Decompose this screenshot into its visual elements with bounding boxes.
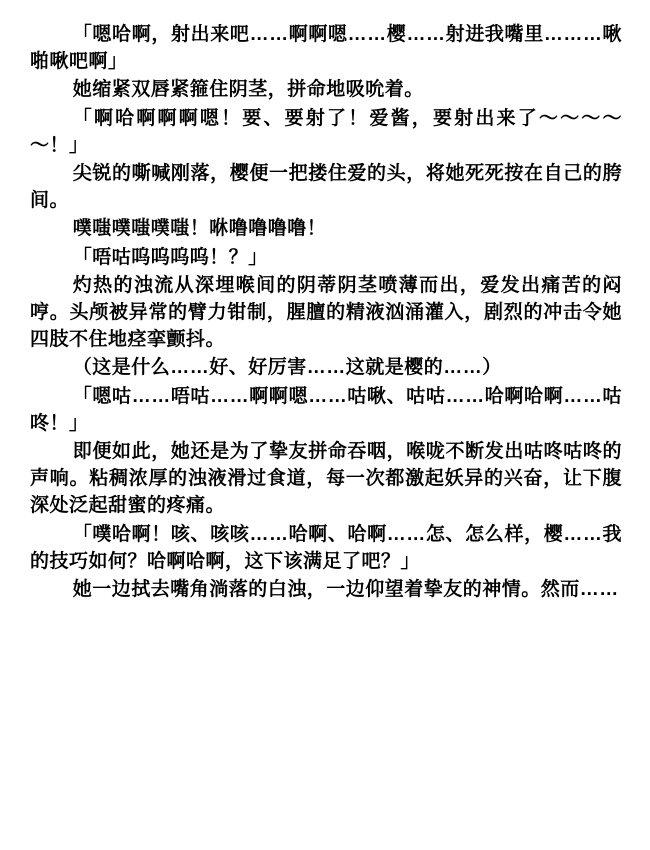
paragraph: 「噗哈啊！咳、咳咳……哈啊、哈啊……怎、怎么样，樱……我的技巧如何？哈啊哈啊，这… xyxy=(30,521,622,575)
paragraph: 灼热的浊流从深埋喉间的阴蒂阴茎喷薄而出，爱发出痛苦的闷哼。头颅被异常的臂力钳制，… xyxy=(30,272,622,354)
paragraph: 她缩紧双唇紧箍住阴茎，拼命地吸吮着。 xyxy=(30,76,622,103)
document-page: 「嗯哈啊，射出来吧……啊啊嗯……樱……射进我嘴里………啾啪啾吧啊」 她缩紧双唇紧… xyxy=(0,0,650,850)
paragraph: （这是什么……好、好厉害……这就是樱的……） xyxy=(30,354,622,381)
text-content: 「嗯哈啊，射出来吧……啊啊嗯……樱……射进我嘴里………啾啪啾吧啊」 她缩紧双唇紧… xyxy=(30,21,622,604)
paragraph: 即便如此，她还是为了挚友拼命吞咽，喉咙不断发出咕咚咕咚的声响。粘稠浓厚的浊液滑过… xyxy=(30,438,622,520)
paragraph: 「嗯哈啊，射出来吧……啊啊嗯……樱……射进我嘴里………啾啪啾吧啊」 xyxy=(30,21,622,75)
paragraph: 「嗯咕……唔咕……啊啊嗯……咕啾、咕咕……哈啊哈啊……咕咚！」 xyxy=(30,383,622,437)
paragraph: 「啊哈啊啊啊嗯！要、要射了！爱酱，要射出来了～～～～～！」 xyxy=(30,105,622,159)
paragraph: 「唔咕呜呜呜呜！？」 xyxy=(30,244,622,271)
paragraph: 噗嗤噗嗤噗嗤！咻噜噜噜噜！ xyxy=(30,215,622,242)
paragraph: 她一边拭去嘴角淌落的白浊，一边仰望着挚友的神情。然而…… xyxy=(30,576,622,603)
paragraph: 尖锐的嘶喊刚落，樱便一把搂住爱的头，将她死死按在自己的胯间。 xyxy=(30,160,622,214)
